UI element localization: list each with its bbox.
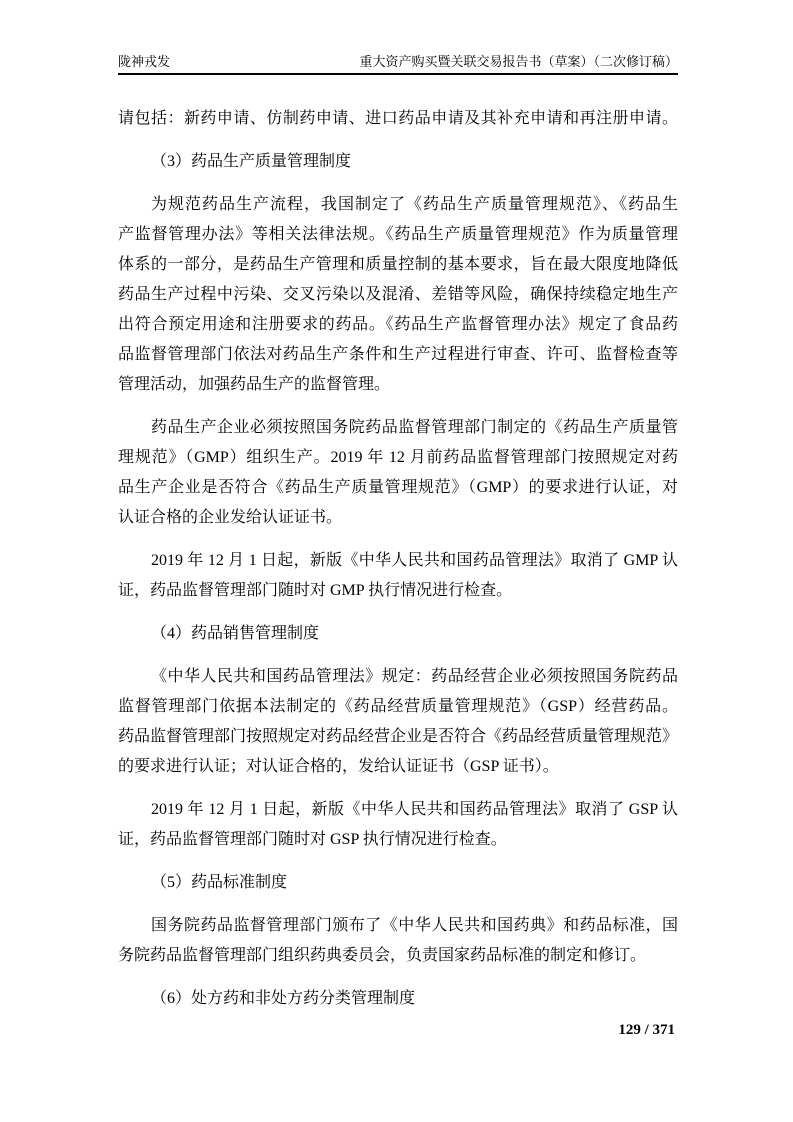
text-line: 体系的一部分，是药品生产管理和质量控制的基本要求，旨在最大限度地降低	[118, 250, 678, 280]
page-header: 陇神戎发 重大资产购买暨关联交易报告书（草案）（二次修订稿）	[118, 53, 678, 75]
section-heading: （5）药品标准制度	[118, 868, 678, 898]
section-heading: （4）药品销售管理制度	[118, 619, 678, 649]
text-line: 2019 年 12 月 1 日起，新版《中华人民共和国药品管理法》取消了 GSP…	[118, 795, 678, 825]
text-line: 产监督管理办法》等相关法律法规。《药品生产质量管理规范》作为质量管理	[118, 220, 678, 250]
text-line: （4）药品销售管理制度	[118, 619, 678, 649]
paragraph: 药品生产企业必须按照国务院药品监督管理部门制定的《药品生产质量管理规范》（GMP…	[118, 413, 678, 533]
text-line: 的要求进行认证；对认证合格的，发给认证证书（GSP 证书）。	[118, 752, 678, 782]
text-line: 品监督管理部门依法对药品生产条件和生产过程进行审查、许可、监督检查等	[118, 340, 678, 370]
text-line: 为规范药品生产流程，我国制定了《药品生产质量管理规范》、《药品生	[118, 190, 678, 220]
text-line: 品生产企业是否符合《药品生产质量管理规范》（GMP）的要求进行认证，对	[118, 473, 678, 503]
text-line: 认证合格的企业发给认证证书。	[118, 503, 678, 533]
header-company-name: 陇神戎发	[118, 53, 170, 70]
text-line: 药品生产企业必须按照国务院药品监督管理部门制定的《药品生产质量管	[118, 413, 678, 443]
paragraph: 国务院药品监督管理部门颁布了《中华人民共和国药典》和药品标准，国务院药品监督管理…	[118, 911, 678, 971]
paragraph: 《中华人民共和国药品管理法》规定：药品经营企业必须按照国务院药品监督管理部门依据…	[118, 662, 678, 782]
text-line: 国务院药品监督管理部门颁布了《中华人民共和国药典》和药品标准，国	[118, 911, 678, 941]
text-line: 管理活动，加强药品生产的监督管理。	[118, 370, 678, 400]
text-line: 出符合预定用途和注册要求的药品。《药品生产监督管理办法》规定了食品药	[118, 310, 678, 340]
document-body: 请包括：新药申请、仿制药申请、进口药品申请及其补充申请和再注册申请。（3）药品生…	[118, 104, 678, 1014]
text-line: 《中华人民共和国药品管理法》规定：药品经营企业必须按照国务院药品	[118, 662, 678, 692]
text-line: 务院药品监督管理部门组织药典委员会，负责国家药品标准的制定和修订。	[118, 941, 678, 971]
text-line: （5）药品标准制度	[118, 868, 678, 898]
header-report-title: 重大资产购买暨关联交易报告书（草案）（二次修订稿）	[359, 53, 678, 70]
section-heading: （3）药品生产质量管理制度	[118, 147, 678, 177]
text-line: 监督管理部门依据本法制定的《药品经营质量管理规范》（GSP）经营药品。	[118, 692, 678, 722]
text-line: 证，药品监督管理部门随时对 GMP 执行情况进行检查。	[118, 576, 678, 606]
text-line: 请包括：新药申请、仿制药申请、进口药品申请及其补充申请和再注册申请。	[118, 104, 678, 134]
paragraph: 2019 年 12 月 1 日起，新版《中华人民共和国药品管理法》取消了 GSP…	[118, 795, 678, 855]
paragraph: 为规范药品生产流程，我国制定了《药品生产质量管理规范》、《药品生产监督管理办法》…	[118, 190, 678, 400]
text-line: （3）药品生产质量管理制度	[118, 147, 678, 177]
paragraph: 请包括：新药申请、仿制药申请、进口药品申请及其补充申请和再注册申请。	[118, 104, 678, 134]
text-line: 药品监督管理部门按照规定对药品经营企业是否符合《药品经营质量管理规范》	[118, 722, 678, 752]
text-line: 2019 年 12 月 1 日起，新版《中华人民共和国药品管理法》取消了 GMP…	[118, 546, 678, 576]
text-line: 药品生产过程中污染、交叉污染以及混淆、差错等风险，确保持续稳定地生产	[118, 280, 678, 310]
text-line: （6）处方药和非处方药分类管理制度	[118, 984, 678, 1014]
document-page: 陇神戎发 重大资产购买暨关联交易报告书（草案）（二次修订稿） 请包括：新药申请、…	[0, 0, 793, 1122]
text-line: 证，药品监督管理部门随时对 GSP 执行情况进行检查。	[118, 825, 678, 855]
section-heading: （6）处方药和非处方药分类管理制度	[118, 984, 678, 1014]
paragraph: 2019 年 12 月 1 日起，新版《中华人民共和国药品管理法》取消了 GMP…	[118, 546, 678, 606]
text-line: 理规范》（GMP）组织生产。2019 年 12 月前药品监督管理部门按照规定对药	[118, 443, 678, 473]
page-number: 129 / 371	[618, 1021, 675, 1040]
